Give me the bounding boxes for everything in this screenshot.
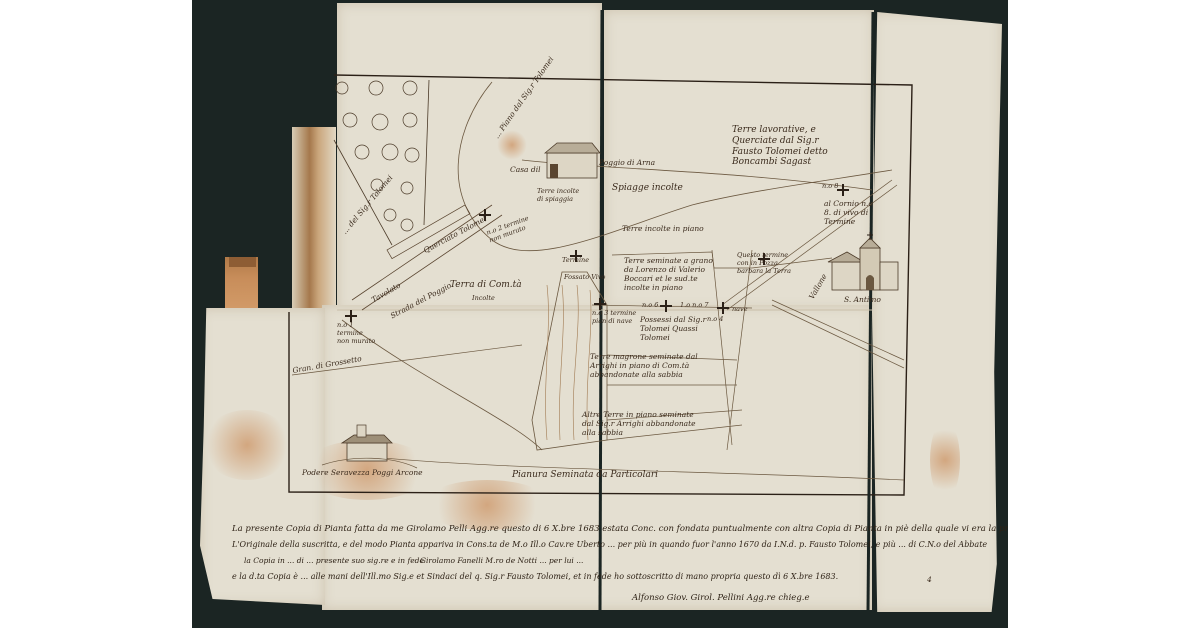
boundary-cross-icon: [717, 302, 729, 314]
boundary-cross-icon: [837, 184, 849, 196]
label-common-land: Terra di Com.tà: [450, 280, 522, 291]
label-flat-uncultivated: Terre incolte in piano: [622, 224, 704, 233]
caption-line-2: L'Originale della suscritta, e del modo …: [232, 540, 987, 549]
label-house-top-left: Casa dil: [510, 165, 541, 174]
label-ditch: Fossato Vivo: [564, 274, 605, 282]
caption-line-4: Girolamo Fanelli M.ro de Notti ... per l…: [420, 556, 583, 565]
caption-line-5: e la d.ta Copia è ... alle mani dell'Ill…: [232, 572, 838, 581]
label-cross-n4: n.o 4: [707, 316, 723, 324]
house-drawing-top: [545, 143, 600, 178]
label-pianura: Pianura Seminata da Particolari: [512, 470, 658, 481]
house-drawing-bottom: [322, 425, 417, 468]
oak-trees: [336, 81, 419, 231]
label-uncultivated-top: Terre incolte di spiaggia: [537, 188, 587, 204]
label-cross-n3: n.o 3 termine pian di nave: [592, 310, 640, 326]
label-field-lower2: Altre Terre in piano seminate dal Sig.r …: [582, 410, 702, 437]
label-church: S. Antimo: [844, 295, 881, 304]
boundary-cross-icon: [660, 300, 672, 312]
label-possessions: Possessi dal Sig.r Tolomei Quassi Tolome…: [640, 315, 708, 342]
label-cross-n6: n.o 6: [642, 302, 658, 310]
label-beach-uncultivated: Spiagge incolte: [612, 183, 683, 194]
caption-line-3: la Copia in ... di ... presente suo sig.…: [244, 556, 424, 565]
document-photo: Terre lavorative, e Querciate dal Sig.r …: [192, 0, 1008, 628]
label-cross-n7: 1.o n.o 7: [680, 302, 709, 310]
label-common-sub: Incolte: [472, 295, 495, 303]
label-sown-land: Terre seminate a grano da Lorenzo di Val…: [624, 256, 716, 292]
label-n1: n.o 1 termine non murato: [337, 322, 377, 345]
label-top-right-field: Terre lavorative, e Querciate dal Sig.r …: [732, 125, 852, 168]
label-podere: Podere Seravezza Poggi Arcone: [302, 468, 423, 477]
caption-line-1: La presente Copia di Pianta fatta da me …: [232, 524, 1008, 534]
page-number-mark: 4: [927, 575, 932, 584]
label-cross-n8: nave: [732, 306, 748, 314]
label-cornice-n: n.o 8: [822, 183, 838, 191]
label-cornice: al Cornio n.o 8. di vivo di Termine: [824, 199, 874, 226]
label-field-lower: Terre magrone seminate dal Arrighi in pi…: [590, 352, 700, 379]
church-drawing: [828, 232, 898, 290]
label-terrain-marker: Termine: [562, 257, 589, 265]
label-house-top-right: Poggio di Arna: [599, 158, 655, 167]
label-terra-barbara: Questo termine con in Pozza barbara la T…: [737, 252, 795, 275]
caption-signature: Alfonso Giov. Girol. Pellini Agg.re chie…: [632, 593, 810, 603]
